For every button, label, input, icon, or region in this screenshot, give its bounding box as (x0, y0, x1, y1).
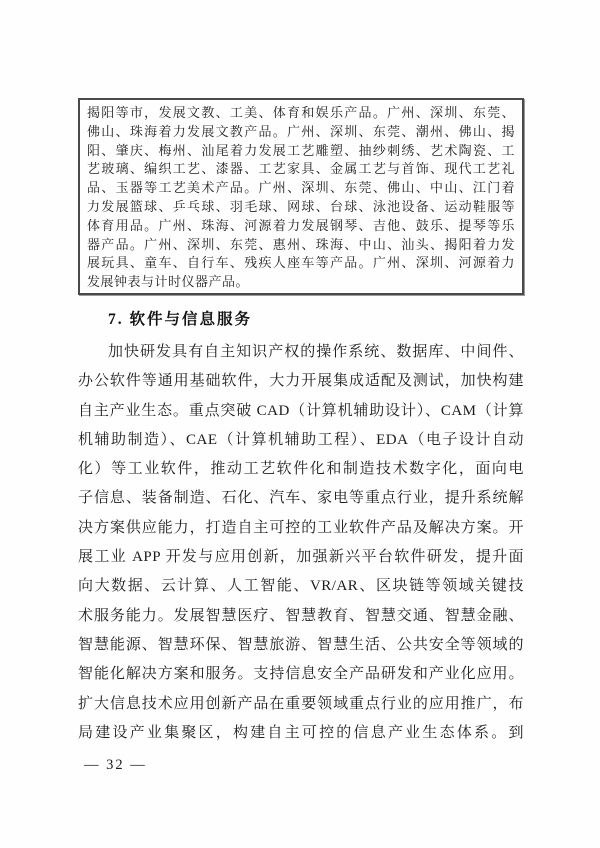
body-text-line: 扩大信息技术应用创新产品在重要领域重点行业的应用推广，布 (78, 690, 524, 719)
callout-box-line: 佛山、珠海着力发展文教产品。广州、深圳、东莞、潮州、佛山、揭 (87, 123, 515, 142)
body-text-line: 办公软件等通用基础软件，大力开展集成适配及测试，加快构建 (78, 367, 524, 396)
page-number: — 32 — (84, 757, 147, 774)
body-text-line: 机辅助制造）、CAE（计算机辅助工程）、EDA（电子设计自动 (78, 426, 524, 455)
callout-box-line: 展玩具、童车、自行车、残疾人座车等产品。广州、深圳、河源着力 (87, 254, 515, 273)
body-text-line: 智慧能源、智慧环保、智慧旅游、智慧生活、公共安全等领域的 (78, 631, 524, 660)
body-text-line: 展工业 APP 开发与应用创新，加强新兴平台软件研发，提升面 (78, 543, 524, 572)
callout-box-line: 器产品。广州、深圳、东莞、惠州、珠海、中山、汕头、揭阳着力发 (87, 236, 515, 255)
document-page: 揭阳等市，发展文教、工美、体育和娱乐产品。广州、深圳、东莞、佛山、珠海着力发展文… (0, 0, 600, 848)
body-text-line: 子信息、装备制造、石化、汽车、家电等重点行业，提升系统解 (78, 484, 524, 513)
callout-box-line: 揭阳等市，发展文教、工美、体育和娱乐产品。广州、深圳、东莞、 (87, 104, 515, 123)
callout-box-line: 体育用品。广州、珠海、河源着力发展钢琴、吉他、鼓乐、提琴等乐 (87, 217, 515, 236)
body-text-line: 加快研发具有自主知识产权的操作系统、数据库、中间件、 (78, 338, 524, 367)
callout-box-line: 发展钟表与计时仪器产品。 (87, 273, 515, 292)
body-text-line: 局建设产业集聚区，构建自主可控的信息产业生态体系。到 (78, 719, 524, 748)
callout-box-line: 品、玉器等工艺美术产品。广州、深圳、东莞、佛山、中山、江门着 (87, 179, 515, 198)
body-text-line: 向大数据、云计算、人工智能、VR/AR、区块链等领域关键技 (78, 572, 524, 601)
body-text-line: 术服务能力。发展智慧医疗、智慧教育、智慧交通、智慧金融、 (78, 602, 524, 631)
body-text-line: 智能化解决方案和服务。支持信息安全产品研发和产业化应用。 (78, 660, 524, 689)
body-text-line: 化）等工业软件，推动工艺软件化和制造技术数字化，面向电 (78, 455, 524, 484)
callout-box-line: 阳、肇庆、梅州、汕尾着力发展工艺雕塑、抽纱刺绣、艺术陶瓷、工 (87, 142, 515, 161)
body-text-line: 决方案供应能力，打造自主可控的工业软件产品及解决方案。开 (78, 514, 524, 543)
callout-box-line: 力发展篮球、乒乓球、羽毛球、网球、台球、泳池设备、运动鞋服等 (87, 198, 515, 217)
section-heading: 7. 软件与信息服务 (78, 307, 524, 329)
callout-box: 揭阳等市，发展文教、工美、体育和娱乐产品。广州、深圳、东莞、佛山、珠海着力发展文… (78, 98, 524, 295)
callout-box-line: 艺玻璃、编织工艺、漆器、工艺家具、金属工艺与首饰、现代工艺礼 (87, 160, 515, 179)
body-paragraph: 加快研发具有自主知识产权的操作系统、数据库、中间件、办公软件等通用基础软件，大力… (78, 338, 524, 748)
body-text-line: 自主产业生态。重点突破 CAD（计算机辅助设计）、CAM（计算 (78, 397, 524, 426)
